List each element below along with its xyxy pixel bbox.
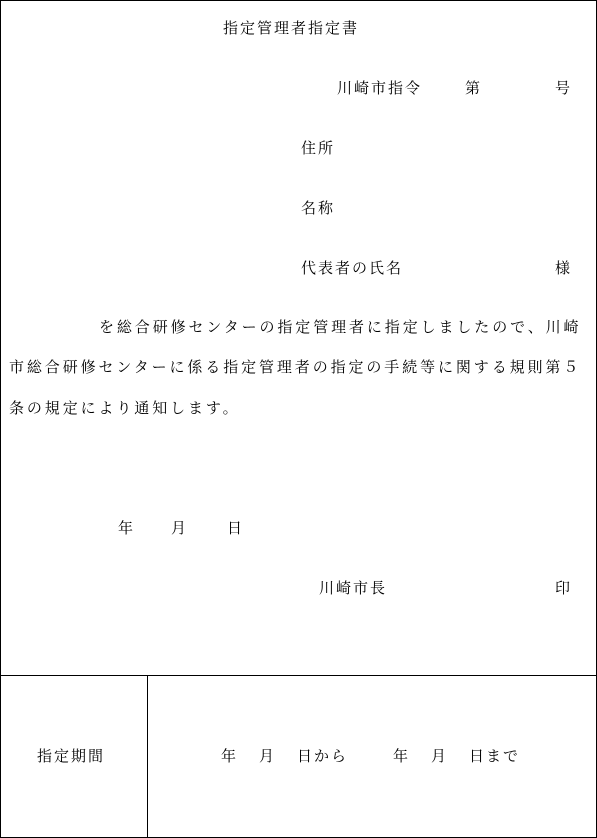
period-from-day: 日から: [297, 747, 348, 765]
period-label: 指定期間: [37, 747, 105, 765]
table-top-divider: [0, 675, 597, 676]
body-line-3: 条の規定により通知します。: [9, 399, 241, 417]
honorific: 様: [555, 259, 572, 277]
document-frame: [0, 0, 597, 838]
document-title: 指定管理者指定書: [223, 19, 359, 37]
address-label: 住所: [301, 139, 335, 157]
order-number-go: 号: [555, 79, 572, 97]
representative-label: 代表者の氏名: [301, 259, 403, 277]
period-from-year: 年: [221, 747, 238, 765]
seal-mark: 印: [555, 579, 572, 597]
period-from-month: 月: [259, 747, 276, 765]
body-line-2: 市総合研修センターに係る指定管理者の指定の手続等に関する規則第５: [9, 358, 581, 376]
date-month: 月: [171, 519, 188, 537]
table-column-divider: [147, 675, 148, 838]
order-issuer: 川崎市指令: [337, 79, 422, 97]
order-number-dai: 第: [465, 79, 482, 97]
period-to-month: 月: [431, 747, 448, 765]
name-label: 名称: [301, 199, 335, 217]
mayor-title: 川崎市長: [319, 579, 387, 597]
body-line-1: を総合研修センターの指定管理者に指定しましたので、川崎: [99, 318, 581, 336]
period-to-day: 日まで: [469, 747, 520, 765]
period-to-year: 年: [393, 747, 410, 765]
date-year: 年: [118, 519, 135, 537]
date-day: 日: [227, 519, 244, 537]
